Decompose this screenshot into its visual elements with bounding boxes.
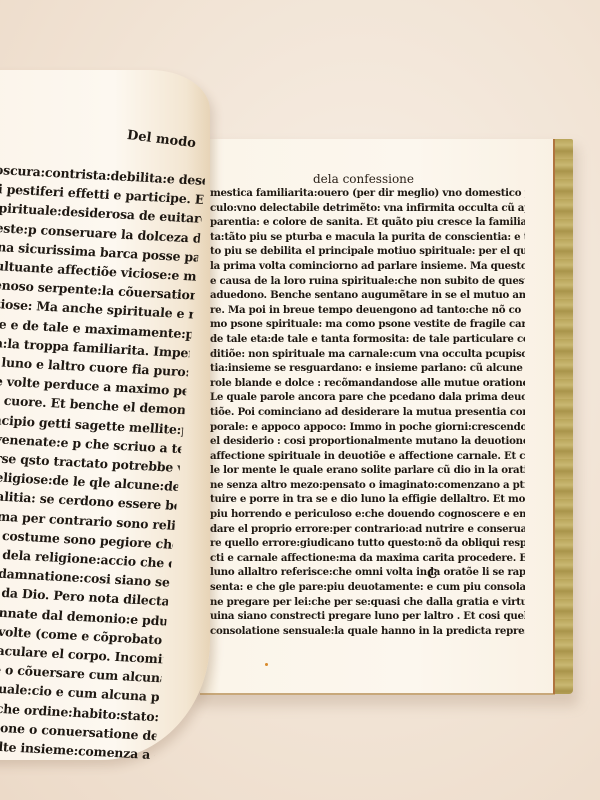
text-line: ta:tãto piu se pturba e macula la purita…	[210, 230, 525, 245]
page-edge-binding	[553, 139, 573, 694]
text-line: to piu se debilita el principale motiuo …	[210, 244, 525, 259]
text-line: le lor mente le quale erano solite parla…	[210, 463, 525, 478]
text-line: de tale eta:de tale e tanta formosita: d…	[210, 332, 525, 347]
text-line: Le quale parole ancora pare che pcedano …	[210, 390, 525, 405]
text-line: cti e carnale affectione:ma da maxima ca…	[210, 551, 525, 566]
text-line: role blande e dolce : recõmandandose all…	[210, 376, 525, 391]
text-line: la prima volta cominciorno ad parlare in…	[210, 259, 525, 274]
text-line: tiõe. Poi cominciano ad desiderare la mu…	[210, 405, 525, 420]
text-line: parentia: e colore de sanita. Et quãto p…	[210, 215, 525, 230]
text-line: senta: e che gle pare:piu deuotamente: e…	[210, 580, 525, 595]
text-line: tia:insieme se resguardano: e insieme pa…	[210, 361, 525, 376]
text-line: ne pregare per lei:che per se:quasi che …	[210, 595, 525, 610]
text-line: culo:vno delectabile detrimẽto: vna infi…	[210, 201, 525, 216]
text-line: e causa de la loro ruina spirituale:che …	[210, 274, 525, 289]
text-line: ne senza altro mezo:pensato o imaginato:…	[210, 478, 525, 493]
right-running-head: dela confessione	[313, 172, 414, 186]
text-line: re quello errore:giudicano tutto questo:…	[210, 536, 525, 551]
text-line: dare el proprio errore:per contrario:ad …	[210, 522, 525, 537]
text-line: mestica familiarita:ouero (per dir megli…	[210, 186, 525, 201]
text-line: luno allaltro referisce:che omni volta i…	[210, 565, 525, 580]
text-line: el desiderio : cosi proportionalmente mu…	[210, 434, 525, 449]
catchword: C	[427, 567, 437, 582]
text-line: piu horrendo e periculoso e:che douendo …	[210, 507, 525, 522]
paper-speck	[265, 663, 268, 666]
text-line: mo psone spirituale: ma como psone vesti…	[210, 317, 525, 332]
right-text-column: mestica familiarita:ouero (per dir megli…	[210, 186, 525, 638]
text-line: ditiõe: non spirituale ma carnale:cum vn…	[210, 347, 525, 362]
text-line: aduedono. Benche sentano augumẽtare in s…	[210, 288, 525, 303]
text-line: uina siano constrecti pregare luno per l…	[210, 609, 525, 624]
text-line: re. Ma poi in breue tempo deuengono ad t…	[210, 303, 525, 318]
text-line: tuire e porre in tra se e dio luno la ef…	[210, 492, 525, 507]
text-line: consolatione sensuale:la quale hanno in …	[210, 624, 525, 639]
text-line: affectione spirituale in deuotiõe e affe…	[210, 449, 525, 464]
text-line: porale: e appoco appoco: Immo in poche g…	[210, 420, 525, 435]
